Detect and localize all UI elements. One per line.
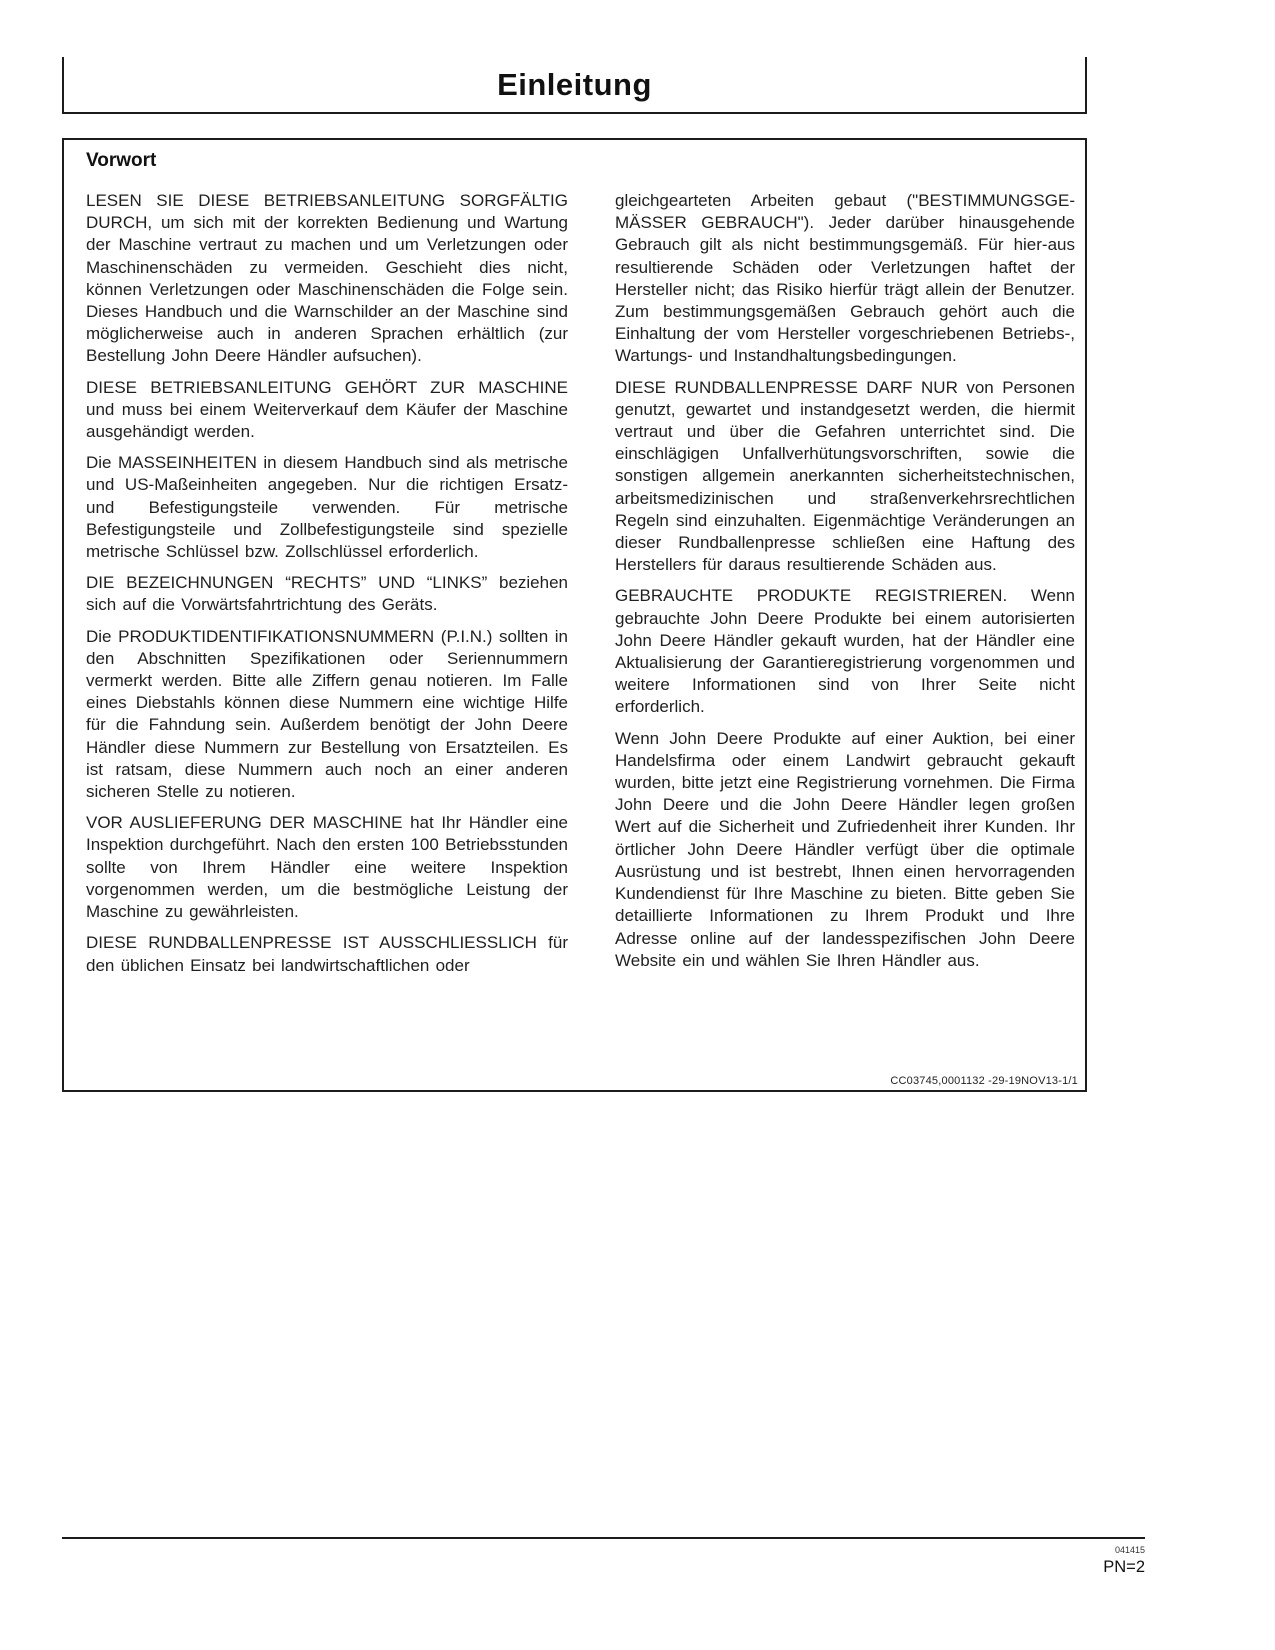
paragraph: Die PRODUKTIDENTIFIKATIONSNUMMERN (P.I.N… xyxy=(86,626,568,804)
page-title: Einleitung xyxy=(497,67,652,103)
footer-print-code: 041415 xyxy=(62,1545,1145,1555)
paragraph: DIESE RUNDBALLENPRESSE IST AUSSCHLIESSLI… xyxy=(86,932,568,976)
right-text-column: gleichgearteten Arbeiten gebaut ("BESTIM… xyxy=(615,190,1075,981)
manual-page: Einleitung Vorwort LESEN SIE DIESE BETRI… xyxy=(0,0,1275,1650)
paragraph: DIE BEZEICHNUNGEN “RECHTS” UND “LINKS” b… xyxy=(86,572,568,616)
document-reference-code: CC03745,0001132 -29-19NOV13-1/1 xyxy=(890,1075,1078,1087)
left-text-column: LESEN SIE DIESE BETRIEBSANLEITUNG SORGFÄ… xyxy=(86,190,568,986)
paragraph: DIESE BETRIEBSANLEITUNG GEHÖRT ZUR MASCH… xyxy=(86,377,568,444)
footer-divider xyxy=(62,1537,1145,1539)
paragraph: Die MASSEINHEITEN in diesem Handbuch sin… xyxy=(86,452,568,563)
paragraph: LESEN SIE DIESE BETRIEBSANLEITUNG SORGFÄ… xyxy=(86,190,568,368)
paragraph: Wenn John Deere Produkte auf einer Aukti… xyxy=(615,728,1075,972)
paragraph: gleichgearteten Arbeiten gebaut ("BESTIM… xyxy=(615,190,1075,368)
paragraph: DIESE RUNDBALLENPRESSE DARF NUR von Pers… xyxy=(615,377,1075,577)
paragraph: VOR AUSLIEFERUNG DER MASCHINE hat Ihr Hä… xyxy=(86,812,568,923)
page-header: Einleitung xyxy=(62,57,1087,114)
paragraph: GEBRAUCHTE PRODUKTE REGISTRIEREN. Wenn g… xyxy=(615,585,1075,718)
foreword-section-box: Vorwort LESEN SIE DIESE BETRIEBSANLEITUN… xyxy=(62,138,1087,1092)
section-title: Vorwort xyxy=(86,150,156,172)
footer-page-number: PN=2 xyxy=(62,1558,1145,1577)
